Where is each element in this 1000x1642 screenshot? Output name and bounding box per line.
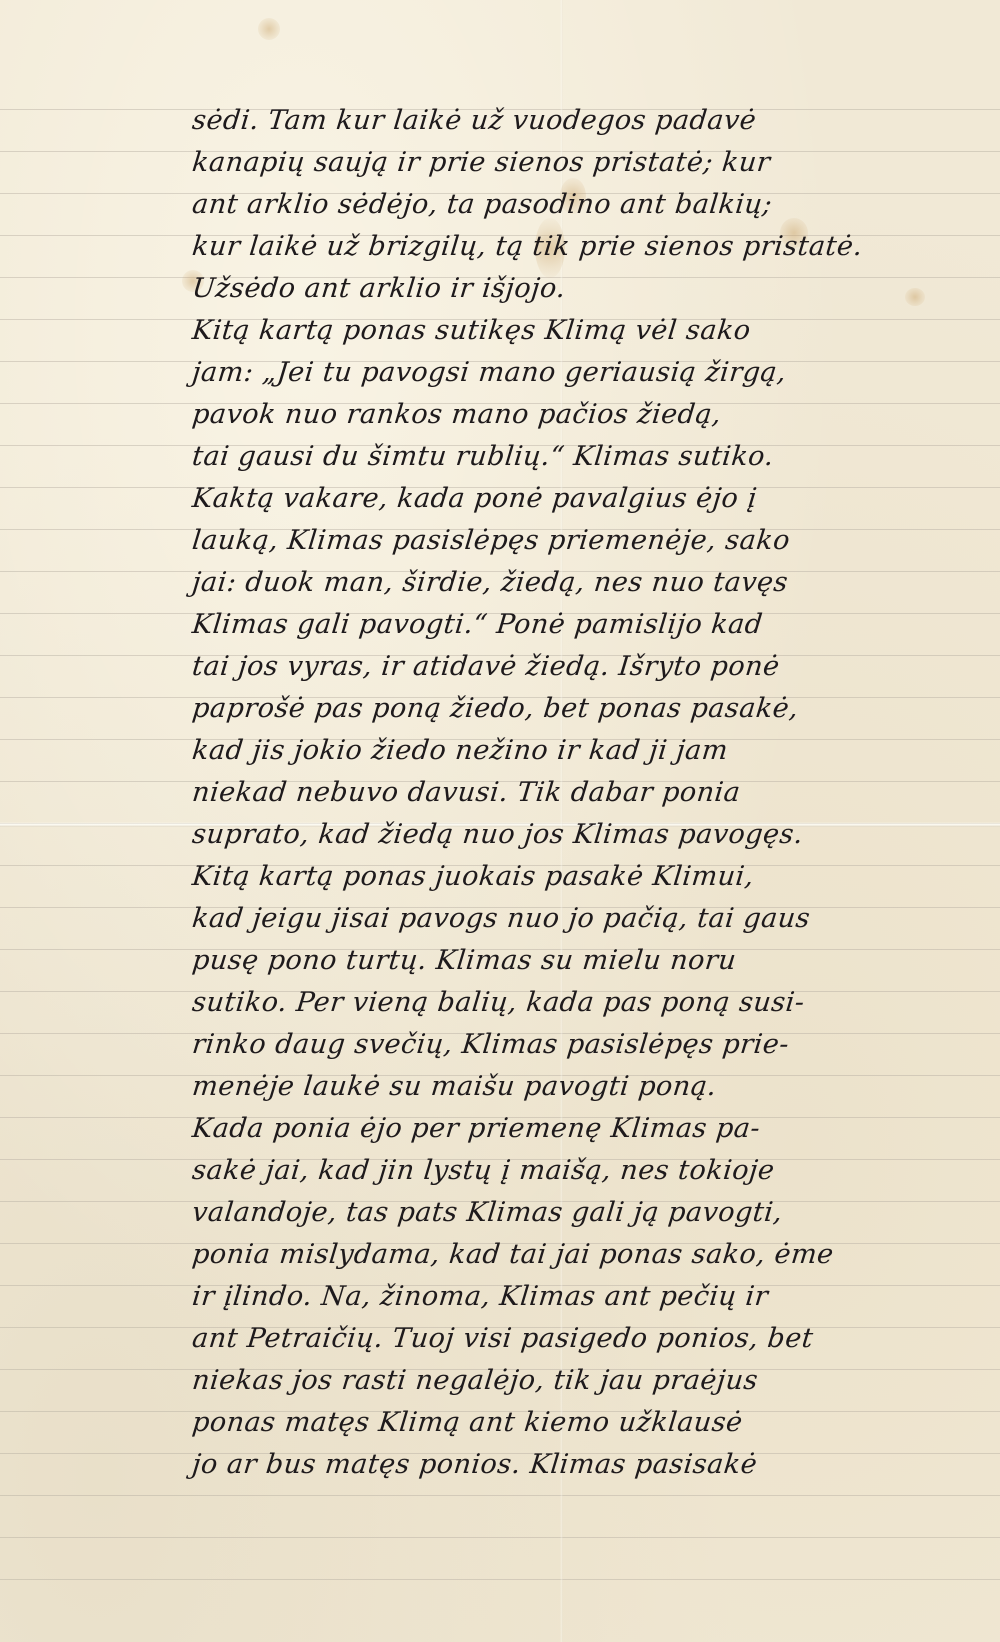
text-line: Kitą kartą ponas sutikęs Klimą vėl sako	[190, 310, 984, 352]
text-line: suprato, kad žiedą nuo jos Klimas pavogę…	[190, 814, 984, 856]
text-line: niekad nebuvo davusi. Tik dabar ponia	[190, 772, 984, 814]
text-line: tai jos vyras, ir atidavė žiedą. Išryto …	[190, 646, 984, 688]
text-line: kanapių saują ir prie sienos pristatė; k…	[190, 142, 984, 184]
text-line: ant Petraičių. Tuoj visi pasigedo ponios…	[190, 1318, 984, 1360]
text-line: Kitą kartą ponas juokais pasakė Klimui,	[190, 856, 984, 898]
text-line: Kada ponia ėjo per priemenę Klimas pa-	[190, 1108, 984, 1150]
text-line: pusę pono turtų. Klimas su mielu noru	[190, 940, 984, 982]
text-line: ir įlindo. Na, žinoma, Klimas ant pečių …	[190, 1276, 984, 1318]
text-line: jo ar bus matęs ponios. Klimas pasisakė	[190, 1444, 984, 1486]
text-line: valandoje, tas pats Klimas gali ją pavog…	[190, 1192, 984, 1234]
text-line: ponas matęs Klimą ant kiemo užklausė	[190, 1402, 984, 1444]
text-line: sakė jai, kad jin lystų į maišą, nes tok…	[190, 1150, 984, 1192]
text-line: kad jis jokio žiedo nežino ir kad ji jam	[190, 730, 984, 772]
text-line: Kaktą vakare, kada ponė pavalgius ėjo į	[190, 478, 984, 520]
text-line: tai gausi du šimtu rublių.“ Klimas sutik…	[190, 436, 984, 478]
text-line: menėje laukė su maišu pavogti poną.	[190, 1066, 984, 1108]
text-line: Užsėdo ant arklio ir išjojo.	[190, 268, 984, 310]
text-line: jam: „Jei tu pavogsi mano geriausią žirg…	[190, 352, 984, 394]
text-line: kad jeigu jisai pavogs nuo jo pačią, tai…	[190, 898, 984, 940]
manuscript-page: sėdi. Tam kur laikė už vuodegos padavė k…	[0, 0, 1000, 1642]
text-line: ponia mislydama, kad tai jai ponas sako,…	[190, 1234, 984, 1276]
manuscript-text: sėdi. Tam kur laikė už vuodegos padavė k…	[190, 100, 980, 1486]
text-line: ant arklio sėdėjo, ta pasodino ant balki…	[190, 184, 984, 226]
text-line: sėdi. Tam kur laikė už vuodegos padavė	[190, 100, 984, 142]
text-line: rinko daug svečių, Klimas pasislėpęs pri…	[190, 1024, 984, 1066]
text-line: kur laikė už brizgilų, tą tik prie sieno…	[190, 226, 984, 268]
text-line: Klimas gali pavogti.“ Ponė pamislijo kad	[190, 604, 984, 646]
text-line: sutiko. Per vieną balių, kada pas poną s…	[190, 982, 984, 1024]
text-line: lauką, Klimas pasislėpęs priemenėje, sak…	[190, 520, 984, 562]
text-line: niekas jos rasti negalėjo, tik jau praėj…	[190, 1360, 984, 1402]
text-line: jai: duok man, širdie, žiedą, nes nuo ta…	[190, 562, 984, 604]
text-line: paprošė pas poną žiedo, bet ponas pasakė…	[190, 688, 984, 730]
text-line: pavok nuo rankos mano pačios žiedą,	[190, 394, 984, 436]
paper-stain	[258, 18, 280, 40]
